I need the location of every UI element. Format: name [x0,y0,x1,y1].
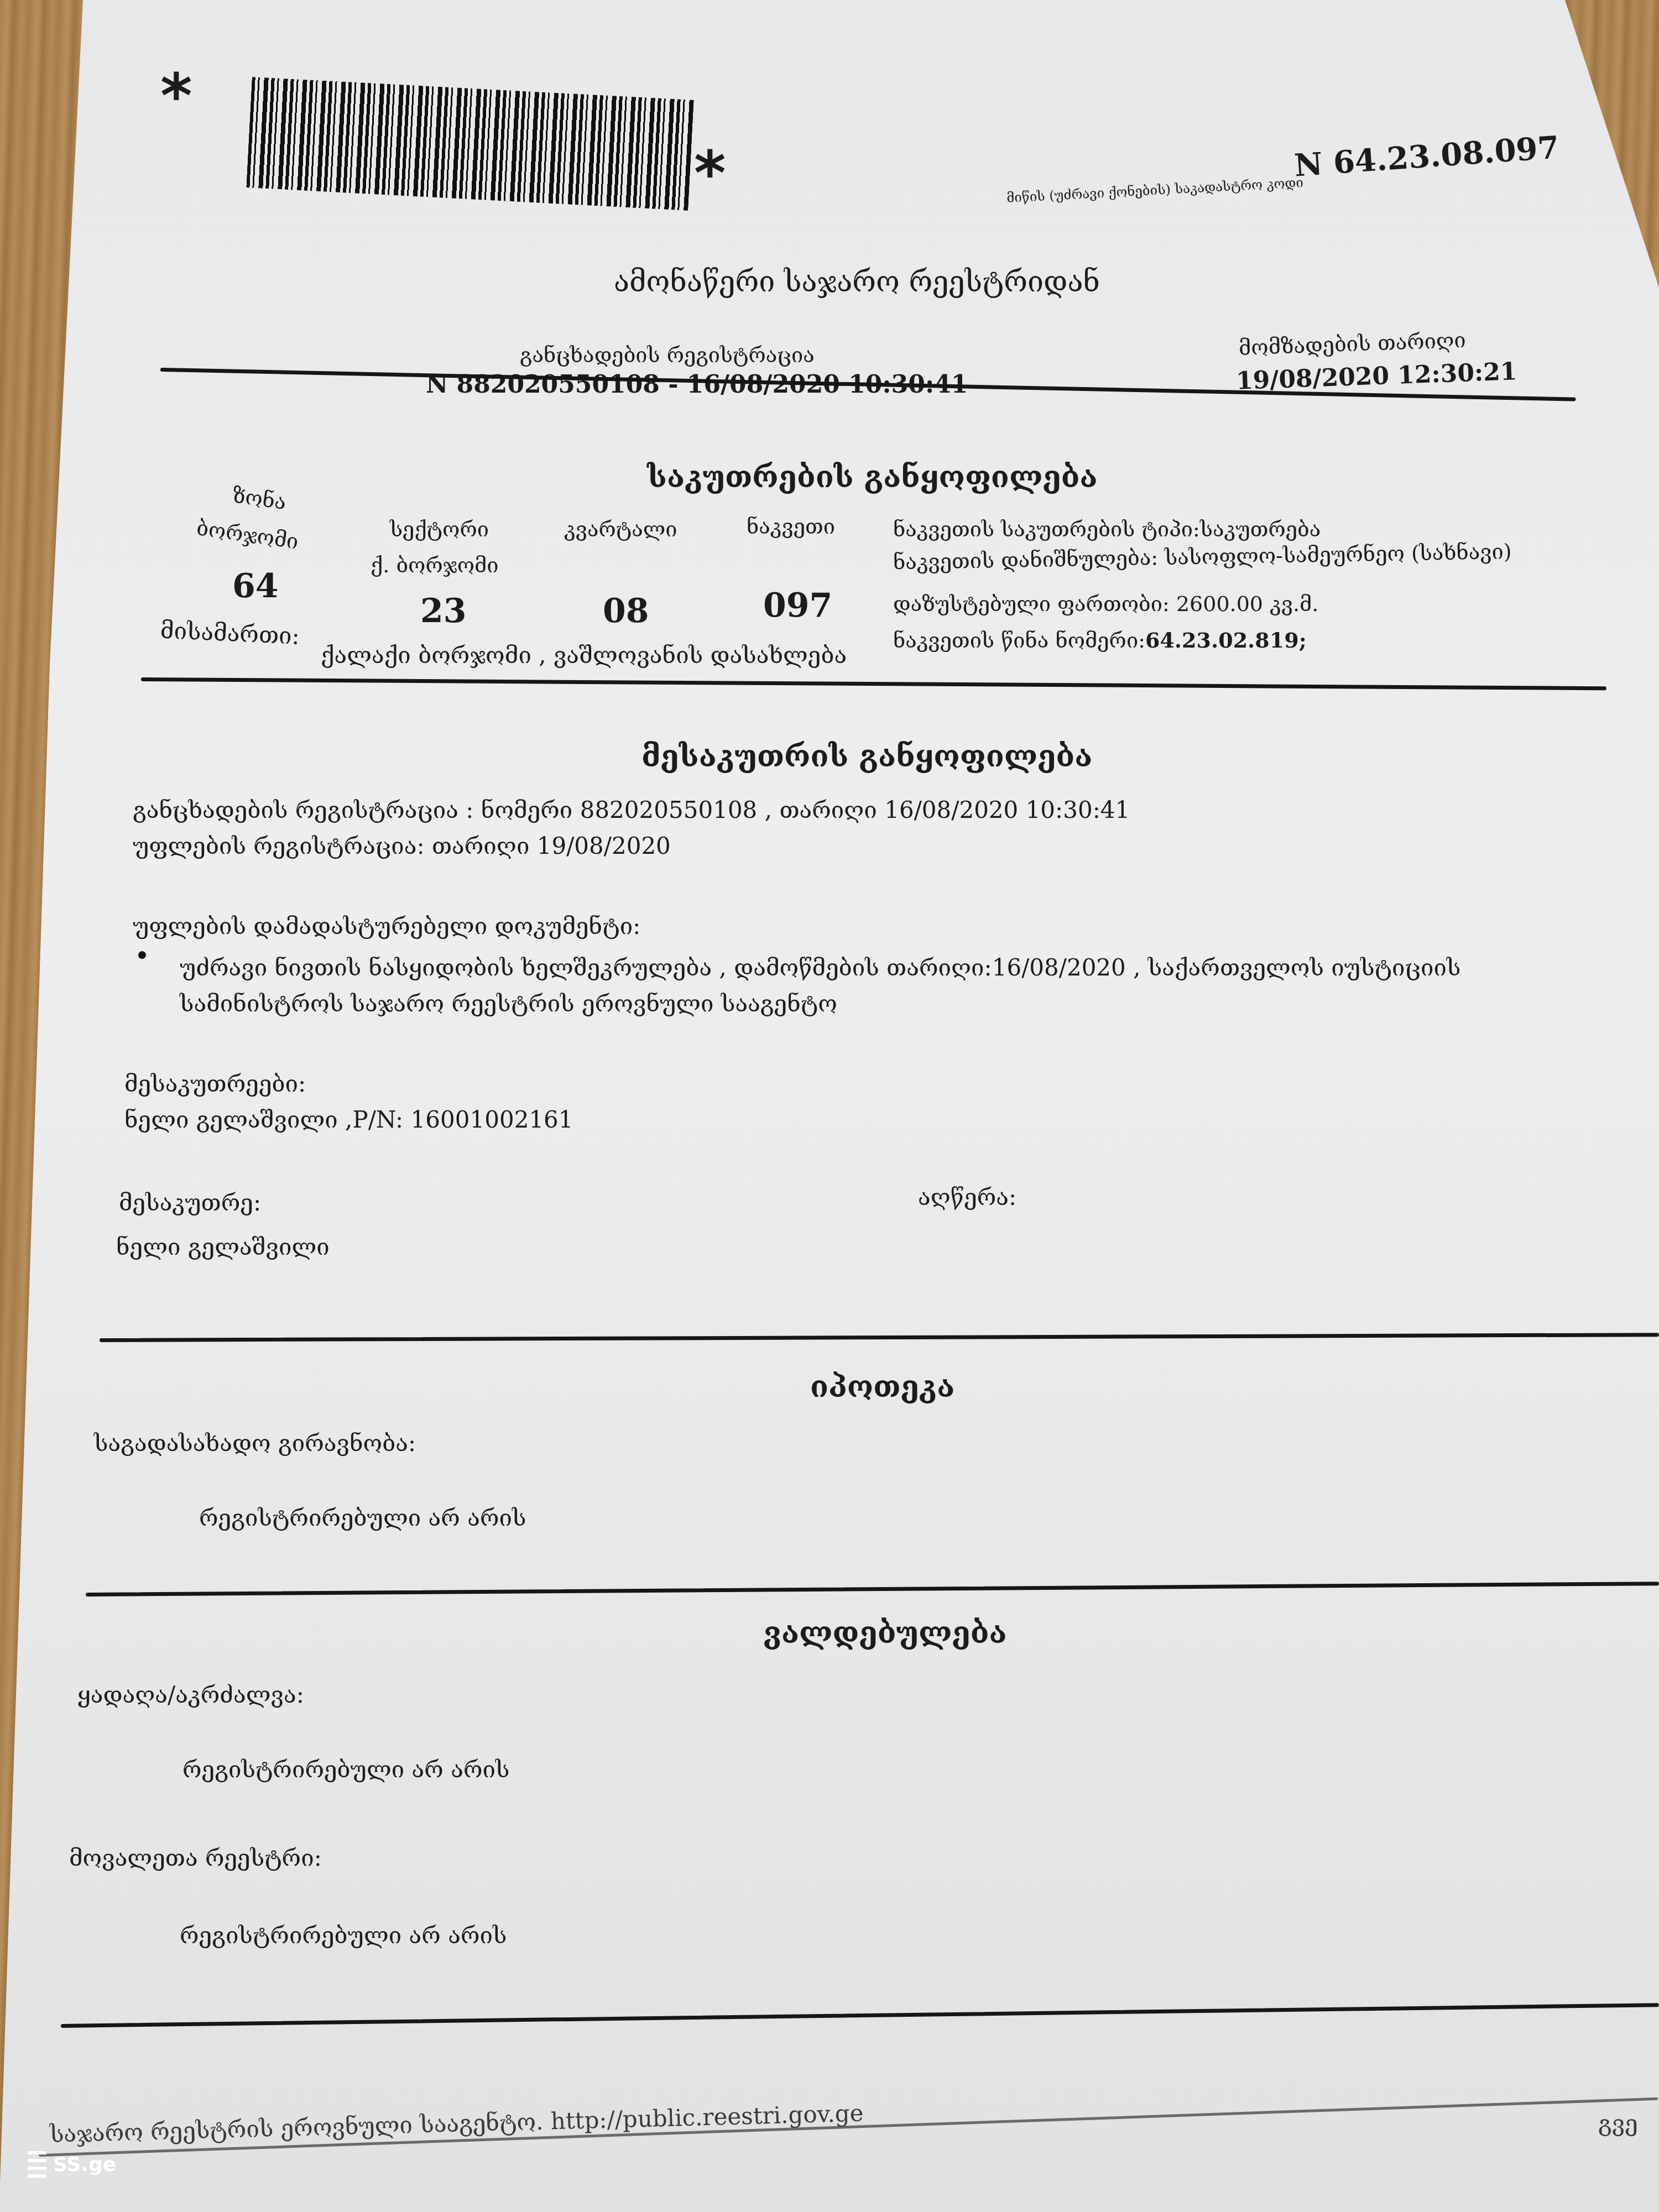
area-value: 2600.00 [1176,592,1263,616]
mortgage-section-heading: იპოთეკა [810,1369,954,1404]
parcel-label: ნაკვეთი [747,514,835,539]
address-value: ქალაქი ბორჯომი , ვაშლოვანის დასახლება [321,641,847,669]
property-divider [141,677,1606,690]
property-section-heading: საკუთრების განყოფილება [647,459,1097,494]
debtors-label: მოვალეთა რეესტრი: [69,1844,322,1871]
documents-label: უფლების დამადასტურებელი დოკუმენტი: [133,912,640,940]
cadastral-code-label: მიწის (უძრავი ქონების) საკადასტრო კოდი [1006,175,1304,206]
zone-value: 64 [232,567,279,606]
sector-value: 23 [420,592,467,630]
zone-label: ზონა [231,483,288,514]
parcel-value: 097 [763,586,832,625]
owner-divider [100,1333,1659,1342]
document-line-2: სამინისტროს საჯარო რეესტრის ეროვნული საა… [180,990,837,1017]
obligations-divider [61,2003,1659,2028]
ownership-type: ნაკვეთის საკუთრების ტიპი:საკუთრება [893,517,1321,541]
document-paper: * * მიწის (უძრავი ქონების) საკადასტრო კო… [0,0,1659,2212]
debtors-value: რეგისტრირებული არ არის [180,1922,507,1949]
ssge-watermark: SS.ge [28,2151,116,2178]
rights-registration-line: უფლების რეგისტრაცია: თარიღი 19/08/2020 [133,832,671,859]
document-title: ამონაწერი საჯარო რეესტრიდან [614,265,1100,299]
tax-lien-label: საგადასახადო გირავნობა: [94,1430,416,1457]
previous-number-label: ნაკვეთის წინა ნომერი: [893,628,1145,653]
barcode-icon [246,77,693,211]
owner-label: მესაკუთრე: [119,1189,261,1216]
barcode-start-asterisk: * [160,61,192,132]
area-row: დაზუსტებული ფართობი: 2600.00 კვ.მ. [893,592,1318,616]
sector-name: ქ. ბორჯომი [371,553,499,577]
owners-value: ნელი გელაშვილი ,P/N: 16001002161 [124,1106,573,1133]
parcel-purpose: ნაკვეთის დანიშნულება: სასოფლო-სამეურნეო … [893,539,1512,575]
barcode-end-asterisk: * [694,138,726,209]
application-registration-label: განცხადების რეგისტრაცია [520,343,815,367]
cadastral-code: N 64.23.08.097 [1293,129,1560,184]
quarter-value: 08 [603,592,649,630]
mortgage-divider [86,1582,1659,1597]
owner-section-heading: მესაკუთრის განყოფილება [641,738,1092,774]
previous-number-value: 64.23.02.819; [1145,628,1307,653]
owner-value: ნელი გელაშვილი [116,1233,330,1260]
sector-label: სექტორი [390,517,489,541]
previous-number-row: ნაკვეთის წინა ნომერი:64.23.02.819; [893,628,1307,653]
footer-page-label: გვე [1598,2110,1638,2137]
zone-name: ბორჯომი [195,515,300,554]
preparation-date-value: 19/08/2020 12:30:21 [1235,357,1517,395]
area-label: დაზუსტებული ფართობი: [893,592,1170,616]
area-unit: კვ.მ. [1270,592,1318,616]
seizure-label: ყადაღა/აკრძალვა: [77,1681,304,1708]
seizure-value: რეგისტრირებული არ არის [182,1756,509,1783]
ss-logo-icon [28,2151,46,2178]
watermark-text: SS.ge [53,2153,116,2176]
document-line-1: უძრავი ნივთის ნასყიდობის ხელშეკრულება , … [180,954,1460,981]
quarter-label: კვარტალი [564,517,677,541]
owners-label: მესაკუთრეები: [124,1070,306,1097]
bullet-icon [138,951,146,959]
preparation-date-label: მომზადების თარიღი [1238,328,1466,360]
description-label: აღწერა: [918,1183,1016,1211]
address-label: მისამართი: [160,617,300,650]
tax-lien-value: რეგისტრირებული არ არის [199,1504,526,1531]
obligations-section-heading: ვალდებულება [763,1615,1007,1650]
owner-application-line: განცხადების რეგისტრაცია : ნომერი 8820205… [133,796,1130,823]
